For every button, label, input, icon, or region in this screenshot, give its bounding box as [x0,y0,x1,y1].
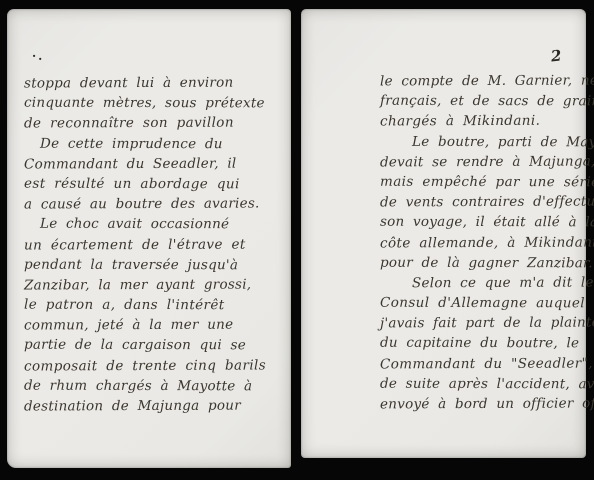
manuscript-line: Zanzibar, la mer ayant grossi, [24,274,274,295]
manuscript-line: de vents contraires d'effectuer [380,192,582,213]
manuscript-line: du capitaine du boutre, le [380,333,582,354]
manuscript-line: destination de Majunga pour [24,395,274,416]
manuscript-line: pour de là gagner Zanzibar. [380,252,582,273]
left-page: ·. stoppa devant lui à environ cinquante… [7,9,291,468]
manuscript-line: le compte de M. Garnier, négociant [380,71,582,92]
scan-background: ·. stoppa devant lui à environ cinquante… [0,0,594,480]
manuscript-line: est résulté un abordage qui [24,174,274,195]
manuscript-line: de suite après l'accident, avait [380,374,582,395]
manuscript-line: de rhum chargés à Mayotte à [24,375,274,396]
manuscript-line: partie de la cargaison qui se [24,335,274,356]
manuscript-line: cinquante mètres, sous prétexte [24,93,274,114]
manuscript-line: chargés à Mikindani. [380,111,582,132]
manuscript-line: De cette imprudence du [24,133,274,154]
left-page-text: stoppa devant lui à environ cinquante mè… [24,73,274,416]
right-page-text: le compte de M. Garnier, négociant franç… [380,71,582,414]
manuscript-line: composait de trente cinq barils [24,355,274,376]
manuscript-line: commun, jeté à la mer une [24,315,274,336]
manuscript-line: Commandant du "Seeadler", tout [380,353,582,374]
manuscript-line: envoyé à bord un officier offrant [380,394,582,415]
right-page: 2 le compte de M. Garnier, négociant fra… [301,9,586,458]
manuscript-line: mais empêché par une série [380,172,582,193]
manuscript-line: a causé au boutre des avaries. [24,194,274,215]
manuscript-line: de reconnaître son pavillon [24,113,274,134]
manuscript-line: côte allemande, à Mikindani, [380,232,582,253]
manuscript-line: français, et de sacs de grains [380,91,582,112]
manuscript-line: un écartement de l'étrave et [24,234,274,255]
manuscript-line: le patron a, dans l'intérêt [24,295,274,316]
manuscript-line: devait se rendre à Majunga, [380,151,582,172]
manuscript-line: Le choc avait occasionné [24,214,274,235]
manuscript-line: son voyage, il était allé à la [380,212,582,233]
manuscript-line: Commandant du Seeadler, il [24,153,274,174]
manuscript-line: Le boutre, parti de Mayotte, [380,131,582,152]
page-mark: ·. [32,49,44,63]
manuscript-line: j'avais fait part de la plainte [380,313,582,334]
manuscript-line: Consul d'Allemagne auquel [380,293,582,314]
page-number: 2 [550,47,562,66]
manuscript-line: stoppa devant lui à environ [24,72,274,93]
manuscript-line: Selon ce que m'a dit le [380,272,582,293]
manuscript-line: pendant la traversée jusqu'à [24,254,274,275]
